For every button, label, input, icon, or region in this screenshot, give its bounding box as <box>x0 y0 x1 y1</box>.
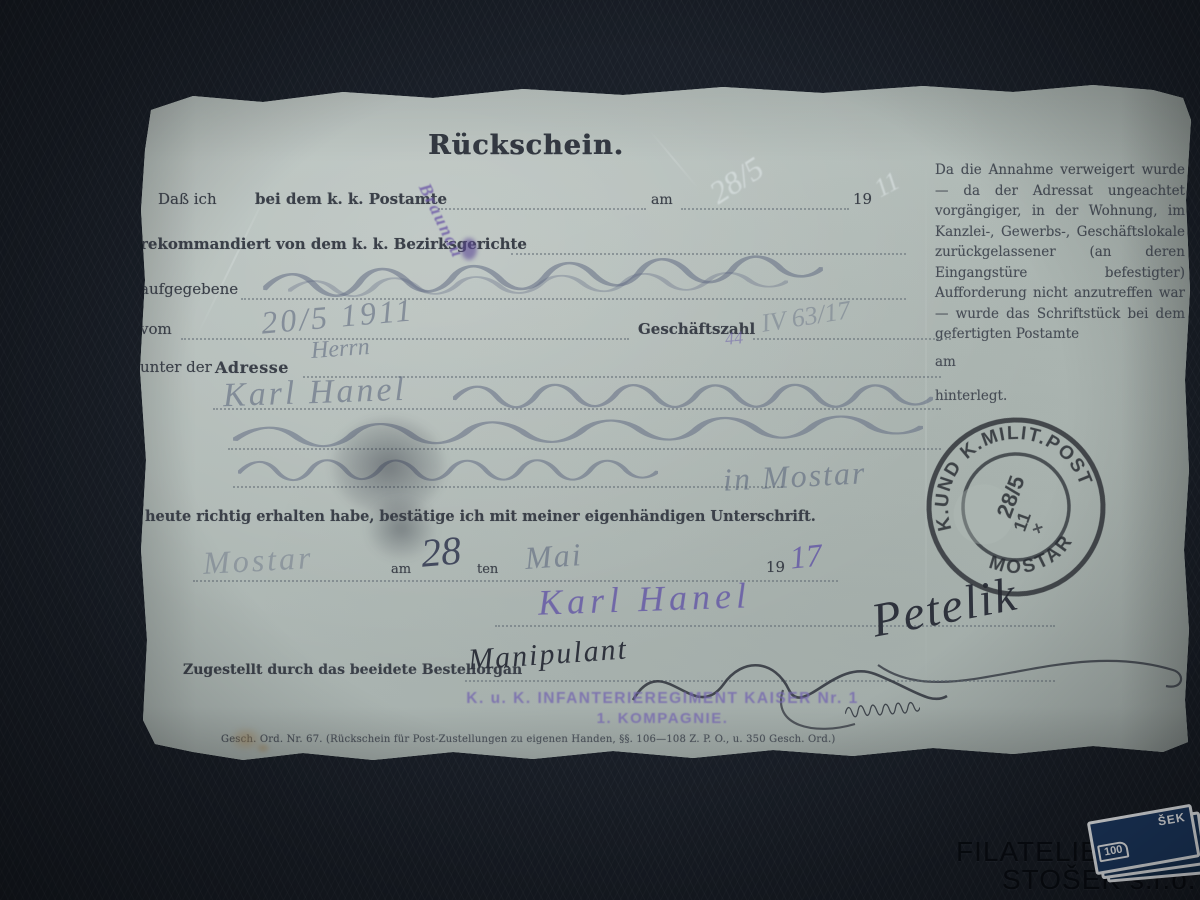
label-unter-der: unter der <box>140 358 212 376</box>
label-19b: 19 <box>766 558 785 576</box>
handwritten-month: Mai <box>524 536 584 577</box>
handwritten-note-44: 44 <box>724 327 744 350</box>
dotted-line <box>233 486 783 488</box>
document-paper: Rückschein. 28/5 11 Daß ich bei dem k. k… <box>133 80 1195 768</box>
faint-scrawl-year: 11 <box>869 166 904 204</box>
right-column-hinterlegt: hinterlegt. <box>935 386 1007 407</box>
label-adresse: Adresse <box>215 358 289 377</box>
ink-blot <box>461 238 477 260</box>
handwritten-place: Mostar <box>202 539 314 582</box>
dotted-line <box>181 338 629 340</box>
label-dass-ich: Daß ich <box>158 190 217 208</box>
regiment-stamp-line1: K. u. K. INFANTERIEREGIMENT KAISER Nr. 1 <box>390 690 935 708</box>
handwritten-year: 17 <box>788 536 824 576</box>
banknote-sek-label: ŠEK <box>1157 810 1187 829</box>
label-vom: vom <box>140 320 172 338</box>
document-title: Rückschein. <box>428 130 618 161</box>
paper-stain <box>255 742 271 754</box>
regiment-stamp-line2: 1. KOMPAGNIE. <box>390 710 935 727</box>
paper-crease <box>649 130 699 189</box>
handwritten-day: 28 <box>419 526 463 576</box>
label-am2: am <box>391 562 411 577</box>
label-aufgegebene: aufgegebene <box>140 280 238 298</box>
postmark-cross <box>1031 522 1044 535</box>
dotted-line <box>681 208 849 210</box>
faint-scrawl-date: 28/5 <box>703 149 771 211</box>
watermark: FILATELIE STOŠEK s.r.o. ŠEK 100 <box>950 812 1200 900</box>
dotted-line <box>753 338 951 340</box>
label-ten: ten <box>477 562 498 577</box>
fine-print: Gesch. Ord. Nr. 67. (Rückschein für Post… <box>221 734 835 745</box>
label-19: 19 <box>853 190 872 208</box>
handwritten-in-mostar: in Mostar <box>722 454 867 498</box>
right-column-paragraph: Da die Annahme verweigert wurde — da der… <box>935 160 1185 345</box>
label-heute: heute richtig erhalten habe, bestätige i… <box>145 508 816 525</box>
handwritten-herrn: Herrn <box>310 334 370 365</box>
label-am: am <box>651 192 673 208</box>
banknote-value: 100 <box>1097 840 1130 862</box>
recipient-signature: Karl Hanel <box>537 574 751 623</box>
dotted-line <box>213 408 941 410</box>
handwritten-geschaeftszahl: IV 63/17 <box>759 295 852 339</box>
dotted-line <box>438 208 646 210</box>
handwritten-manipulant: Manipulant <box>467 632 629 677</box>
right-column-am: am <box>935 352 956 373</box>
illegible-handwriting <box>238 456 658 486</box>
